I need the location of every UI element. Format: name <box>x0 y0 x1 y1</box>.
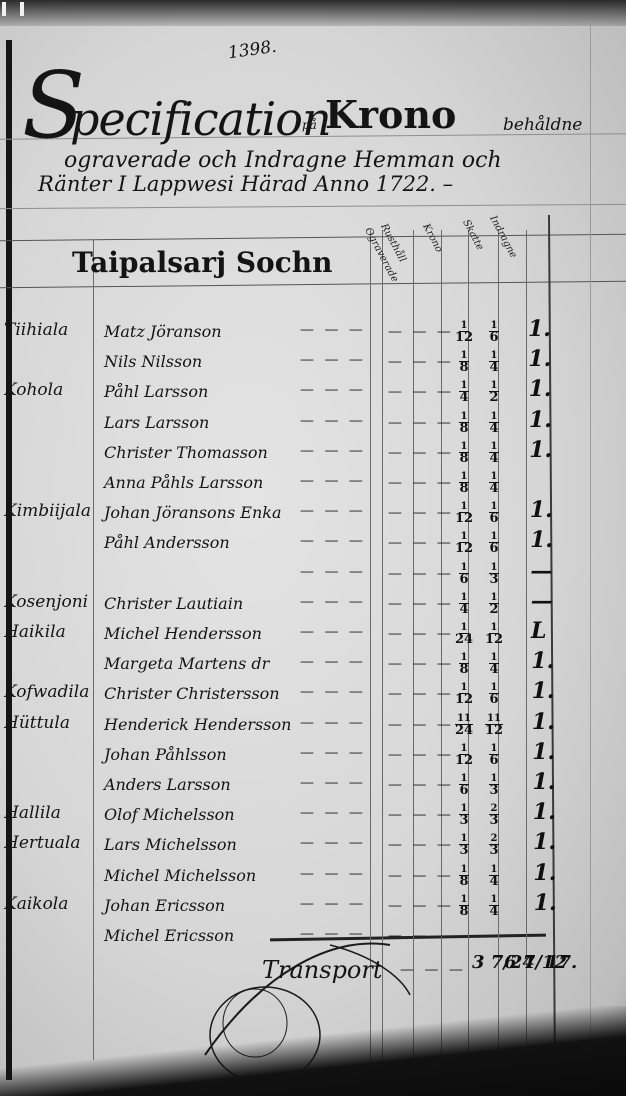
transport-label: Transport <box>262 956 383 984</box>
fraction: 14 <box>489 412 500 435</box>
row-dashes: — — — <box>300 413 366 429</box>
row-dashes: — — — <box>388 777 454 793</box>
fraction: 112 <box>455 502 473 525</box>
tally-mark: 1. <box>534 890 557 916</box>
holder-name: Margeta Martens dr <box>104 654 269 673</box>
row-dashes: — — — <box>388 566 454 582</box>
fraction: 1112 <box>485 714 503 737</box>
tally-mark: — <box>531 588 553 614</box>
fraction: 14 <box>489 351 500 374</box>
fraction: 18 <box>459 895 470 918</box>
row-dashes: — — — <box>300 594 366 610</box>
fraction-cell: 16 <box>479 527 509 555</box>
fraction: 16 <box>489 321 500 344</box>
tally-mark: 1. <box>528 316 551 342</box>
tally-mark: L <box>531 618 546 644</box>
village-name: Kofwadila <box>4 682 89 702</box>
row-dashes: — — — <box>388 837 454 853</box>
row-dashes: — — — <box>388 747 454 763</box>
title-connector: på <box>302 118 317 132</box>
fraction: 23 <box>489 804 500 827</box>
fraction: 14 <box>459 381 470 404</box>
row-dashes: — — — <box>300 835 366 851</box>
row-dashes: — — — <box>300 896 366 912</box>
column-header: Indragne <box>487 214 518 260</box>
row-dashes: — — — <box>388 445 454 461</box>
fraction: 14 <box>489 895 500 918</box>
holder-name: Lars Michelsson <box>104 835 237 854</box>
fraction: 18 <box>459 472 470 495</box>
fraction-cell: 23 <box>479 829 509 857</box>
fraction-cell: 18 <box>449 346 479 374</box>
fraction-cell: 16 <box>449 769 479 797</box>
subtitle-line-3: Ränter I Lappwesi Härad Anno 1722. – <box>38 172 453 196</box>
tally-mark: 1. <box>532 678 555 704</box>
tally-mark: 1. <box>529 376 552 402</box>
margin-rule <box>590 20 591 1080</box>
title-main: pecification <box>70 92 331 146</box>
row-dashes: — — — <box>388 384 454 400</box>
fraction-cell: 14 <box>479 467 509 495</box>
tally-mark: 1. <box>531 648 554 674</box>
holder-name: Johan Påhlsson <box>104 745 227 764</box>
row-dashes: — — — <box>388 475 454 491</box>
holder-name: Anders Larsson <box>104 775 231 794</box>
fraction: 16 <box>489 683 500 706</box>
row-dashes: — — — <box>388 626 454 642</box>
holder-name: Christer Thomasson <box>104 443 268 462</box>
fraction: 13 <box>459 804 470 827</box>
village-name: Kaikola <box>4 894 68 914</box>
fraction-cell: 16 <box>479 497 509 525</box>
title-krono: Krono <box>325 92 456 137</box>
fraction-cell: 14 <box>479 346 509 374</box>
fraction-cell: 14 <box>449 376 479 404</box>
row-dashes: — — — <box>300 624 366 640</box>
transport-dashes: — — — <box>400 962 466 978</box>
row-dashes: — — — <box>300 503 366 519</box>
column-rule-right <box>548 215 556 1075</box>
fraction: 112 <box>485 623 503 646</box>
holder-name: Michel Hendersson <box>104 624 262 643</box>
row-dashes: — — — <box>300 322 366 338</box>
ruled-line <box>0 204 626 209</box>
fraction-cell: 18 <box>449 860 479 888</box>
tally-mark: — <box>530 558 552 584</box>
village-column-rule <box>93 240 94 1060</box>
fraction: 18 <box>459 865 470 888</box>
village-name: Hallila <box>4 803 61 823</box>
row-dashes: — — — <box>388 868 454 884</box>
holder-name: Matz Jöranson <box>104 322 222 341</box>
row-dashes: — — — <box>300 533 366 549</box>
folio-number: 1398. <box>227 37 278 64</box>
row-dashes: — — — <box>388 717 454 733</box>
fraction: 16 <box>489 744 500 767</box>
fraction-cell: 1112 <box>479 709 509 737</box>
fraction-cell: 14 <box>479 860 509 888</box>
fraction: 13 <box>489 563 500 586</box>
tally-mark: 1. <box>533 799 556 825</box>
fraction-cell: 14 <box>479 648 509 676</box>
fraction: 18 <box>459 412 470 435</box>
row-dashes: — — — <box>300 866 366 882</box>
row-dashes: — — — <box>300 775 366 791</box>
holder-name: Nils Nilsson <box>104 352 202 371</box>
tally-mark: 1. <box>533 860 556 886</box>
village-name: Kohola <box>4 380 63 400</box>
tally-mark: 1. <box>533 769 556 795</box>
fraction: 18 <box>459 442 470 465</box>
row-dashes: — — — <box>388 535 454 551</box>
fraction-cell: 12 <box>479 376 509 404</box>
village-name: Hüttula <box>4 713 70 733</box>
row-dashes: — — — <box>388 686 454 702</box>
holder-name: Johan Ericsson <box>104 896 225 915</box>
fraction: 14 <box>489 472 500 495</box>
fraction: 16 <box>459 774 470 797</box>
fraction-cell: 12 <box>479 588 509 616</box>
tally-mark: 1. <box>530 497 553 523</box>
tally-mark: 1. <box>530 527 553 553</box>
row-dashes: — — — <box>300 382 366 398</box>
binding-edge <box>6 40 12 1080</box>
fraction-cell: 14 <box>449 588 479 616</box>
fraction-cell: 14 <box>479 437 509 465</box>
row-dashes: — — — <box>300 473 366 489</box>
tally-mark: 1. <box>528 346 551 372</box>
fraction-cell: 16 <box>479 316 509 344</box>
fraction: 112 <box>455 532 473 555</box>
row-dashes: — — — <box>300 745 366 761</box>
row-dashes: — — — <box>388 898 454 914</box>
fraction-cell: 13 <box>479 769 509 797</box>
tally-mark: 1. <box>532 709 555 735</box>
row-dashes: — — — <box>388 354 454 370</box>
fraction-cell: 16 <box>479 739 509 767</box>
holder-name: Christer Christersson <box>104 684 280 703</box>
fraction: 13 <box>489 774 500 797</box>
fraction: 18 <box>459 653 470 676</box>
row-dashes: — — — <box>388 505 454 521</box>
row-dashes: — — — <box>388 596 454 612</box>
row-dashes: — — — <box>388 324 454 340</box>
fraction-cell: 16 <box>479 678 509 706</box>
holder-name: Påhl Larsson <box>104 382 208 401</box>
column-rule <box>526 230 527 1070</box>
fraction: 16 <box>489 532 500 555</box>
fraction-cell: 1124 <box>449 709 479 737</box>
row-dashes: — — — <box>300 715 366 731</box>
row-dashes: — — — <box>388 807 454 823</box>
holder-name: Anna Påhls Larsson <box>104 473 263 492</box>
fraction: 112 <box>455 321 473 344</box>
row-dashes: — — — <box>300 654 366 670</box>
fraction-cell: 18 <box>449 648 479 676</box>
fraction: 1124 <box>455 714 473 737</box>
fraction-cell: 14 <box>479 407 509 435</box>
fraction: 112 <box>455 744 473 767</box>
fraction: 16 <box>459 563 470 586</box>
row-dashes: — — — <box>388 415 454 431</box>
village-name: Haikila <box>4 622 66 642</box>
fraction-cell: 112 <box>449 678 479 706</box>
row-dashes: — — — <box>300 684 366 700</box>
fraction: 12 <box>489 593 500 616</box>
bottom-scan-shadow <box>0 1006 626 1096</box>
village-name: Tiihiala <box>4 320 68 340</box>
village-name: Kimbiijala <box>4 501 91 521</box>
fraction-cell: 18 <box>449 407 479 435</box>
scan-corner-mark <box>2 2 24 16</box>
row-dashes: — — — <box>388 656 454 672</box>
fraction-cell: 112 <box>449 527 479 555</box>
tally-mark: 1. <box>533 829 556 855</box>
parish-heading: Taipalsarj Sochn <box>72 246 333 279</box>
fraction: 14 <box>489 653 500 676</box>
holder-name: Henderick Hendersson <box>104 715 291 734</box>
fraction: 112 <box>455 683 473 706</box>
fraction: 16 <box>489 502 500 525</box>
tally-mark: 1. <box>529 407 552 433</box>
top-scan-shadow <box>0 0 626 26</box>
row-dashes: — — — <box>300 352 366 368</box>
fraction-cell: 18 <box>449 890 479 918</box>
fraction: 18 <box>459 351 470 374</box>
fraction: 13 <box>459 834 470 857</box>
holder-name: Michel Michelsson <box>104 866 256 885</box>
fraction-cell: 18 <box>449 437 479 465</box>
holder-name: Olof Michelsson <box>104 805 235 824</box>
row-dashes: — — — <box>300 564 366 580</box>
tally-mark: 1. <box>532 739 555 765</box>
fraction-cell: 14 <box>479 890 509 918</box>
subtitle-line-2: ograverade och Indragne Hemman och <box>64 148 502 173</box>
row-dashes: — — — <box>300 805 366 821</box>
holder-name: Lars Larsson <box>104 413 209 432</box>
fraction-cell: 112 <box>449 497 479 525</box>
fraction-cell: 13 <box>479 558 509 586</box>
holder-name: Christer Lautiain <box>104 594 243 613</box>
tally-mark: 1. <box>529 437 552 463</box>
transport-total-mark: 17. <box>546 952 577 973</box>
holder-name: Johan Jöransons Enka <box>104 503 281 522</box>
row-dashes: — — — <box>300 443 366 459</box>
fraction: 14 <box>489 442 500 465</box>
holder-name: Påhl Andersson <box>104 533 230 552</box>
fraction-cell: 124 <box>449 618 479 646</box>
fraction-cell: 13 <box>449 799 479 827</box>
fraction-cell: 112 <box>449 739 479 767</box>
fraction-cell: 112 <box>449 316 479 344</box>
manuscript-page: 1398. S pecification på Krono behåldne o… <box>0 0 626 1096</box>
fraction: 14 <box>459 593 470 616</box>
fraction-cell: 13 <box>449 829 479 857</box>
village-name: Kosenjoni <box>4 592 88 612</box>
fraction-cell: 112 <box>479 618 509 646</box>
fraction: 12 <box>489 381 500 404</box>
title-end: behåldne <box>503 115 582 135</box>
fraction-cell: 23 <box>479 799 509 827</box>
fraction-cell: 18 <box>449 467 479 495</box>
fraction: 23 <box>489 834 500 857</box>
fraction: 14 <box>489 865 500 888</box>
village-name: Hertuala <box>4 833 81 853</box>
fraction: 124 <box>455 623 473 646</box>
fraction-cell: 16 <box>449 558 479 586</box>
